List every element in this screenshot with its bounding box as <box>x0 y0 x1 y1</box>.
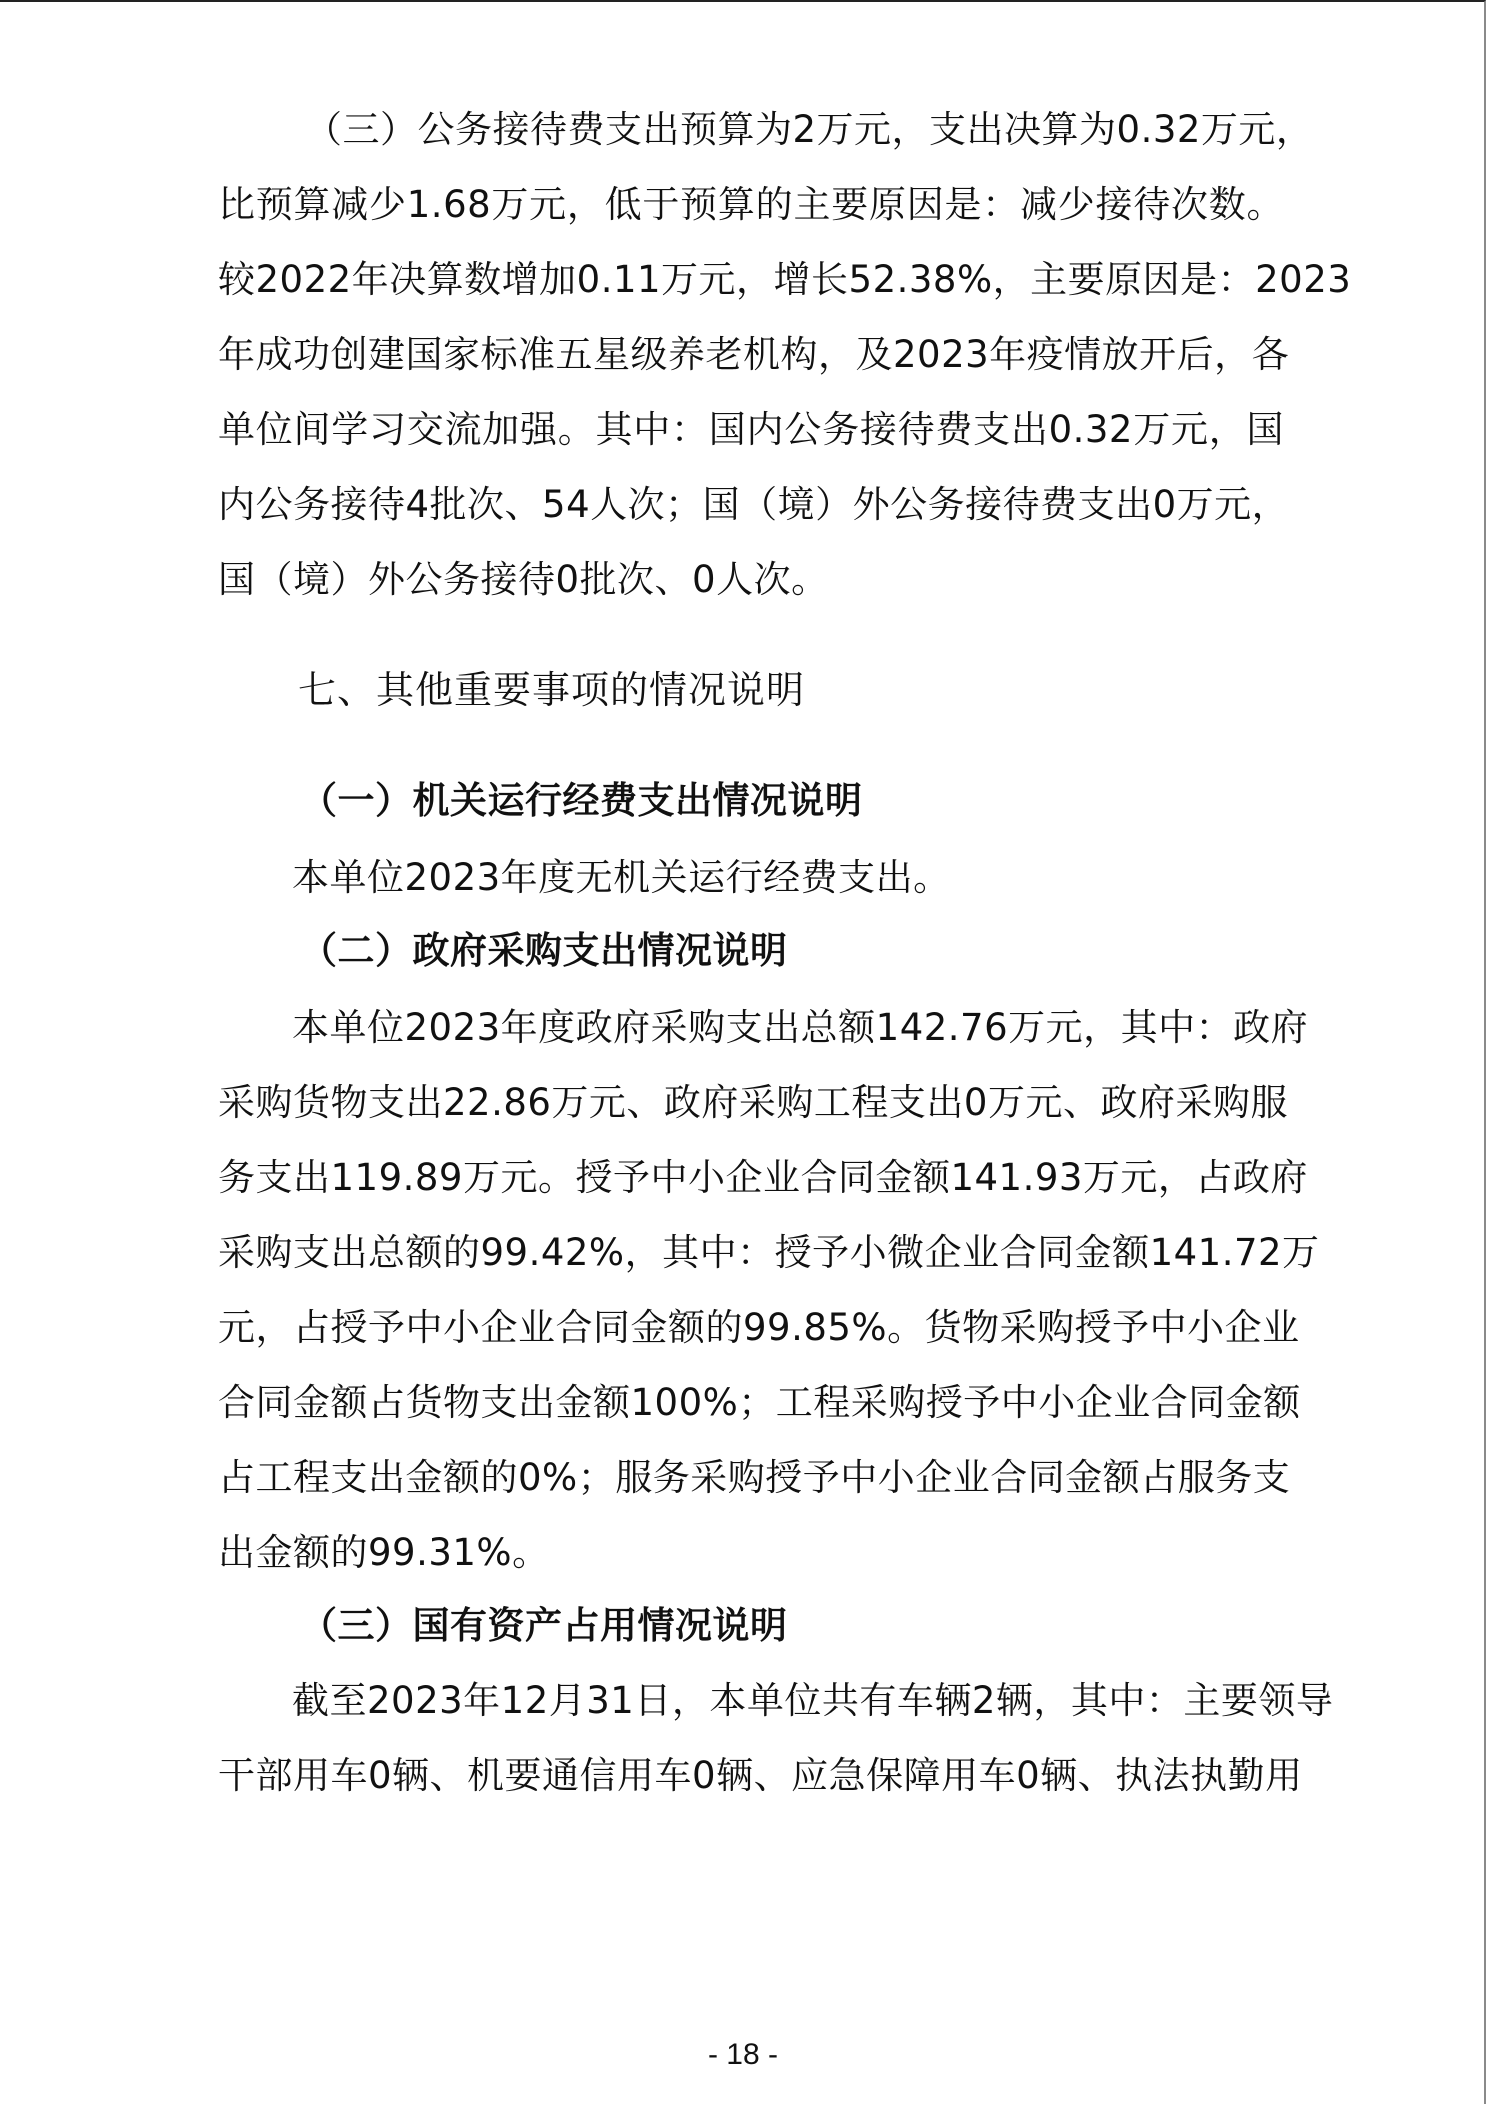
paragraph-line: 占工程支出金额的0%；服务采购授予中小企业合同金额占服务支 <box>218 1440 1284 1515</box>
paragraph-line: 内公务接待4批次、54人次；国（境）外公务接待费支出0万元， <box>218 467 1284 542</box>
paragraph-line: 元，占授予中小企业合同金额的99.85%。货物采购授予中小企业 <box>218 1290 1284 1365</box>
paragraph-line: 较2022年决算数增加0.11万元，增长52.38%，主要原因是：2023 <box>218 242 1284 317</box>
paragraph-line: 截至2023年12月31日，本单位共有车辆2辆，其中：主要领导 <box>292 1663 1284 1738</box>
paragraph-line: 比预算减少1.68万元，低于预算的主要原因是：减少接待次数。 <box>218 167 1284 242</box>
paragraph-line: 国（境）外公务接待0批次、0人次。 <box>218 542 1284 617</box>
paragraph-line: 务支出119.89万元。授予中小企业合同金额141.93万元，占政府 <box>218 1140 1284 1215</box>
paragraph-line: 年成功创建国家标准五星级养老机构，及2023年疫情放开后，各 <box>218 317 1284 392</box>
paragraph-line: 采购货物支出22.86万元、政府采购工程支出0万元、政府采购服 <box>218 1065 1284 1140</box>
paragraph-line: 本单位2023年度无机关运行经费支出。 <box>292 840 1284 915</box>
paragraph-line: 本单位2023年度政府采购支出总额142.76万元，其中：政府 <box>292 990 1284 1065</box>
subsection-heading: （一）机关运行经费支出情况说明 <box>300 763 863 838</box>
section-heading: 七、其他重要事项的情况说明 <box>298 653 805 728</box>
paragraph-line: 采购支出总额的99.42%，其中：授予小微企业合同金额141.72万 <box>218 1215 1284 1290</box>
subsection-heading: （二）政府采购支出情况说明 <box>300 913 788 988</box>
document-page: （三）公务接待费支出预算为2万元，支出决算为0.32万元， 比预算减少1.68万… <box>0 0 1486 2104</box>
paragraph-line: 合同金额占货物支出金额100%；工程采购授予中小企业合同金额 <box>218 1365 1284 1440</box>
page-number: - 18 - <box>0 2032 1486 2078</box>
paragraph-line: （三）公务接待费支出预算为2万元，支出决算为0.32万元， <box>305 92 1284 167</box>
paragraph-line: 干部用车0辆、机要通信用车0辆、应急保障用车0辆、执法执勤用 <box>218 1738 1284 1813</box>
paragraph-line: 出金额的99.31%。 <box>218 1515 1284 1590</box>
subsection-heading: （三）国有资产占用情况说明 <box>300 1588 788 1663</box>
paragraph-line: 单位间学习交流加强。其中：国内公务接待费支出0.32万元，国 <box>218 392 1284 467</box>
